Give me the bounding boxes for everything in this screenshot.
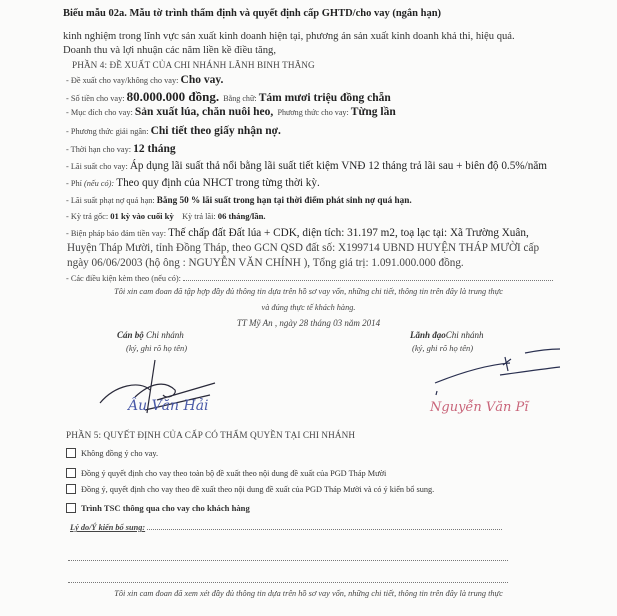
option-label-4: Trình TSC thông qua cho vay cho khách hà… [81, 503, 250, 513]
left-signer-note: (ký, ghi rõ họ tên) [126, 343, 187, 353]
proposal-row: - Đề xuất cho vay/không cho vay: Cho vay… [66, 74, 223, 86]
amount-words-label: Bằng chữ: [223, 94, 256, 103]
fee-label-note: (nếu có): [84, 179, 114, 188]
purpose-label: - Mục đích cho vay: [66, 108, 133, 117]
part4-heading: PHẦN 4: ĐỀ XUẤT CỦA CHI NHÁNH LÃNH BINH … [72, 60, 315, 70]
option-row-2[interactable]: Đồng ý quyết định cho vay theo toàn bộ đ… [66, 468, 386, 478]
commitment-line-1: Tôi xin cam đoan đã tập hợp đầy đủ thông… [0, 287, 617, 296]
conditions-label: - Các điều kiện kèm theo (nếu có): [66, 274, 181, 283]
principal-value: 01 kỳ vào cuối kỳ [110, 211, 174, 221]
fee-label: - Phí [66, 179, 82, 188]
document-page: Biểu mẫu 02a. Mẫu tờ trình thẩm định và … [0, 0, 617, 616]
reason-row: Lý do/Ý kiến bổ sung: [70, 522, 502, 532]
fee-value: Theo quy định của NHCT trong từng thời k… [116, 177, 320, 189]
right-signature-icon [425, 345, 565, 405]
option-row-4[interactable]: Trình TSC thông qua cho vay cho khách hà… [66, 503, 250, 513]
right-signer-title-bold: Lãnh đạo [410, 330, 446, 340]
term-label: - Thời hạn cho vay: [66, 145, 131, 154]
commitment-line-2: và đúng thực tế khách hàng. [0, 303, 617, 312]
disbursement-row: - Phương thức giải ngân: Chi tiết theo g… [66, 125, 281, 137]
right-signer-name: Nguyễn Văn Pĩ [430, 400, 528, 415]
reason-line-3[interactable] [68, 570, 508, 588]
collateral-value-3: ngày 06/06/2003 (hộ ông : NGUYỄN VĂN CHÍ… [67, 257, 464, 269]
purpose-row: - Mục đích cho vay: Sản xuất lúa, chăn n… [66, 106, 396, 118]
amount-label: - Số tiền cho vay: [66, 94, 125, 103]
intro-line-1: kinh nghiệm trong lĩnh vực sản xuất kinh… [63, 31, 515, 42]
place-date: TT Mỹ An , ngày 28 tháng 03 năm 2014 [0, 318, 617, 328]
interest-value: Áp dụng lãi suất thả nổi bằng lãi suất t… [130, 160, 547, 172]
option-label-2: Đồng ý quyết định cho vay theo toàn bộ đ… [81, 469, 386, 478]
part5-heading: PHẦN 5: QUYẾT ĐỊNH CỦA CẤP CÓ THẨM QUYỀN… [66, 430, 355, 440]
intro-line-2: Doanh thu và lợi nhuận các năm liền kề đ… [63, 45, 276, 56]
left-signer-title-rest: Chi nhánh [146, 330, 184, 340]
form-title: Biểu mẫu 02a. Mẫu tờ trình thẩm định và … [63, 8, 441, 19]
reason-fill-line[interactable] [147, 522, 502, 530]
option-row-1[interactable]: Không đồng ý cho vay. [66, 448, 158, 458]
amount-row: - Số tiền cho vay: 80.000.000 đồng. Bằng… [66, 89, 391, 105]
left-signer-name: Âu Văn Hải [128, 398, 209, 414]
interest-row: - Lãi suất cho vay: Áp dụng lãi suất thả… [66, 160, 547, 172]
option-label-1: Không đồng ý cho vay. [81, 449, 158, 458]
checkbox-icon[interactable] [66, 468, 76, 478]
reason-label: Lý do/Ý kiến bổ sung: [70, 523, 145, 532]
left-signer-name-text: Âu Văn Hải [128, 398, 209, 414]
collateral-value-2: Huyện Tháp Mười, tỉnh Đồng Tháp, theo GC… [67, 242, 539, 254]
amount-value: 80.000.000 đồng. [127, 89, 219, 104]
repayment-row: - Kỳ trả gốc: 01 kỳ vào cuối kỳ Kỳ trả l… [66, 211, 266, 221]
checkbox-icon[interactable] [66, 503, 76, 513]
conditions-row: - Các điều kiện kèm theo (nếu có): [66, 273, 553, 283]
purpose-value: Sản xuất lúa, chăn nuôi heo, [135, 106, 273, 118]
checkbox-icon[interactable] [66, 484, 76, 494]
left-signer-title: Cán bộ Chi nhánh [117, 330, 184, 340]
amount-words-value: Tám mươi triệu đồng chẵn [259, 92, 391, 104]
right-signer-name-text: Nguyễn Văn Pĩ [430, 400, 528, 415]
term-value: 12 tháng [133, 143, 176, 155]
penalty-label: - Lãi suất phạt nợ quá hạn: [66, 196, 155, 205]
proposal-value: Cho vay. [181, 74, 224, 86]
checkbox-icon[interactable] [66, 448, 76, 458]
disbursement-label: - Phương thức giải ngân: [66, 127, 149, 136]
option-label-3: Đồng ý, quyết định cho vay theo đề xuất … [81, 485, 434, 494]
conditions-fill-line[interactable] [183, 273, 553, 281]
proposal-label: - Đề xuất cho vay/không cho vay: [66, 76, 178, 85]
fee-row: - Phí (nếu có): Theo quy định của NHCT t… [66, 177, 320, 189]
principal-label: - Kỳ trả gốc: [66, 212, 108, 221]
left-signer-title-bold: Cán bộ [117, 330, 144, 340]
collateral-row: - Biện pháp bảo đảm tiền vay: Thế chấp đ… [66, 227, 529, 239]
method-value: Từng lần [351, 106, 396, 118]
collateral-value-1: Thế chấp đất Đất lúa + CDK, diện tích: 3… [168, 227, 529, 239]
part5-commitment-line: Tôi xin cam đoan đã xem xét đầy đủ thông… [0, 589, 617, 598]
collateral-label: - Biện pháp bảo đảm tiền vay: [66, 229, 166, 238]
interest-label: - Lãi suất cho vay: [66, 162, 128, 171]
penalty-value: Bằng 50 % lãi suất trong hạn tại thời đi… [157, 195, 412, 205]
disbursement-value: Chi tiết theo giấy nhận nợ. [151, 125, 281, 137]
interest-period-value: 06 tháng/lần. [218, 211, 266, 221]
penalty-row: - Lãi suất phạt nợ quá hạn: Bằng 50 % lã… [66, 195, 412, 205]
reason-line-2[interactable] [68, 548, 508, 566]
right-signer-title: Lãnh đạoChi nhánh [410, 330, 484, 340]
option-row-3[interactable]: Đồng ý, quyết định cho vay theo đề xuất … [66, 484, 434, 494]
method-label: Phương thức cho vay: [277, 108, 348, 117]
term-row: - Thời hạn cho vay: 12 tháng [66, 143, 176, 155]
right-signer-title-rest: Chi nhánh [446, 330, 484, 340]
interest-period-label: Kỳ trả lãi: [182, 212, 216, 221]
